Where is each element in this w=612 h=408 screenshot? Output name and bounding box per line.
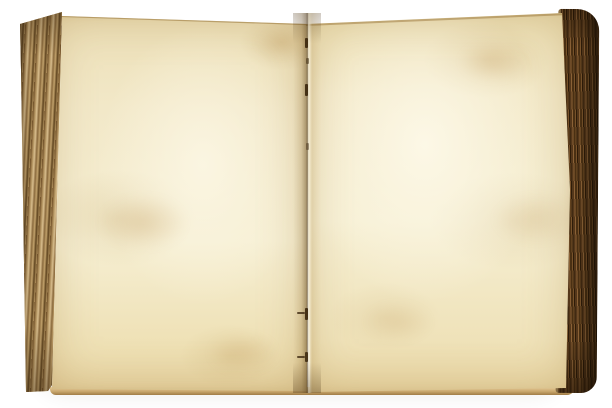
age-stain xyxy=(459,41,529,81)
stitch-thread xyxy=(305,84,308,96)
age-stain xyxy=(492,194,582,244)
stitch-thread xyxy=(305,38,308,48)
right-blank-page xyxy=(304,10,572,394)
open-book-photo xyxy=(0,0,612,408)
stitch-thread xyxy=(305,352,308,362)
age-stain xyxy=(208,333,278,373)
stitch-thread-hook xyxy=(297,312,305,314)
book-gutter xyxy=(293,13,321,393)
age-stain xyxy=(98,195,188,250)
left-blank-page xyxy=(46,12,308,394)
stitch-thread xyxy=(306,58,309,64)
stitch-thread-hook xyxy=(297,356,305,358)
stitch-thread xyxy=(305,308,308,320)
stitch-thread xyxy=(306,143,309,150)
age-stain xyxy=(363,302,433,342)
